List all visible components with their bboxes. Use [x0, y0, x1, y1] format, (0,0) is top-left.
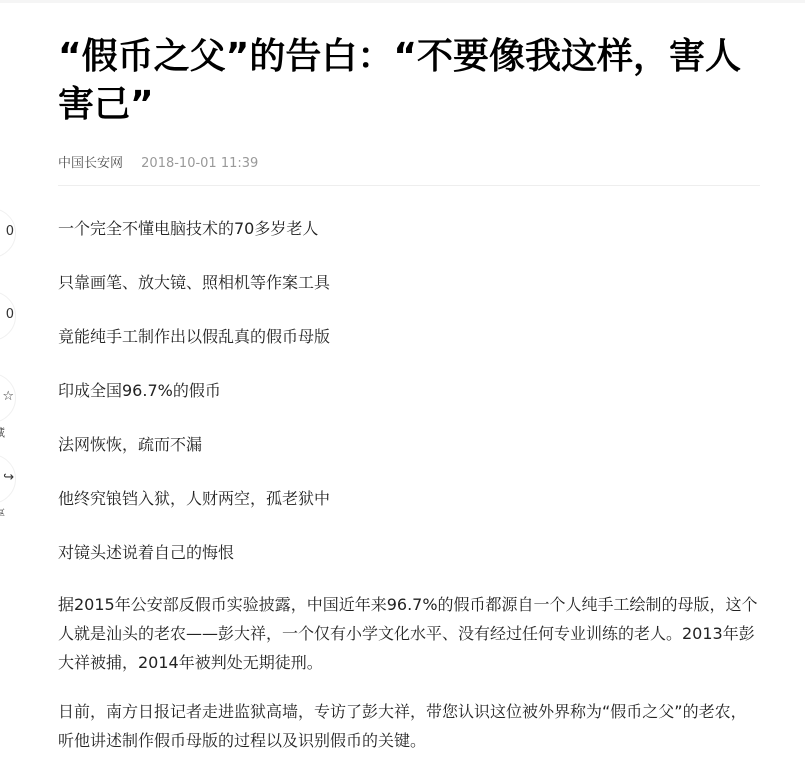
paragraph: 对镜头述说着自己的悔恨	[58, 542, 760, 564]
top-edge	[0, 0, 805, 3]
comment-icon: 0	[0, 308, 14, 322]
like-button[interactable]: 0	[0, 208, 16, 258]
publish-time: 2018-10-01 11:39	[141, 156, 258, 171]
star-icon: ☆	[0, 390, 14, 404]
comment-button[interactable]: 0	[0, 291, 16, 341]
article-title: “假币之父”的告白：“不要像我这样，害人害己”	[58, 33, 760, 129]
article-body: 一个完全不懂电脑技术的70多岁老人 只靠画笔、放大镜、照相机等作案工具 竟能纯手…	[58, 218, 760, 769]
paragraph: 一个完全不懂电脑技术的70多岁老人	[58, 218, 760, 240]
paragraph: 法网恢恢，疏而不漏	[58, 434, 760, 456]
share-button[interactable]: ↪	[0, 454, 16, 504]
share-icon: ↪	[0, 471, 14, 485]
article-source[interactable]: 中国长安网	[58, 156, 123, 171]
paragraph: 日前，南方日报记者走进监狱高墙，专访了彭大祥，带您认识这位被外界称为“假币之父”…	[58, 697, 760, 755]
article-meta: 中国长安网 2018-10-01 11:39	[58, 155, 258, 173]
header-divider	[58, 185, 760, 186]
paragraph: 竟能纯手工制作出以假乱真的假币母版	[58, 326, 760, 348]
collect-label: 藏	[0, 427, 5, 439]
paragraph: 只靠画笔、放大镜、照相机等作案工具	[58, 272, 760, 294]
paragraph: 他终究锒铛入狱，人财两空，孤老狱中	[58, 488, 760, 510]
share-label: 享	[0, 508, 5, 520]
paragraph: 印成全国96.7%的假币	[58, 380, 760, 402]
collect-button[interactable]: ☆	[0, 373, 16, 423]
like-icon: 0	[0, 225, 14, 239]
paragraph: 据2015年公安部反假币实验披露，中国近年来96.7%的假币都源自一个人纯手工绘…	[58, 590, 760, 677]
floating-action-sidebar: 0 0 ☆ 藏 ↪ 享	[0, 0, 40, 769]
